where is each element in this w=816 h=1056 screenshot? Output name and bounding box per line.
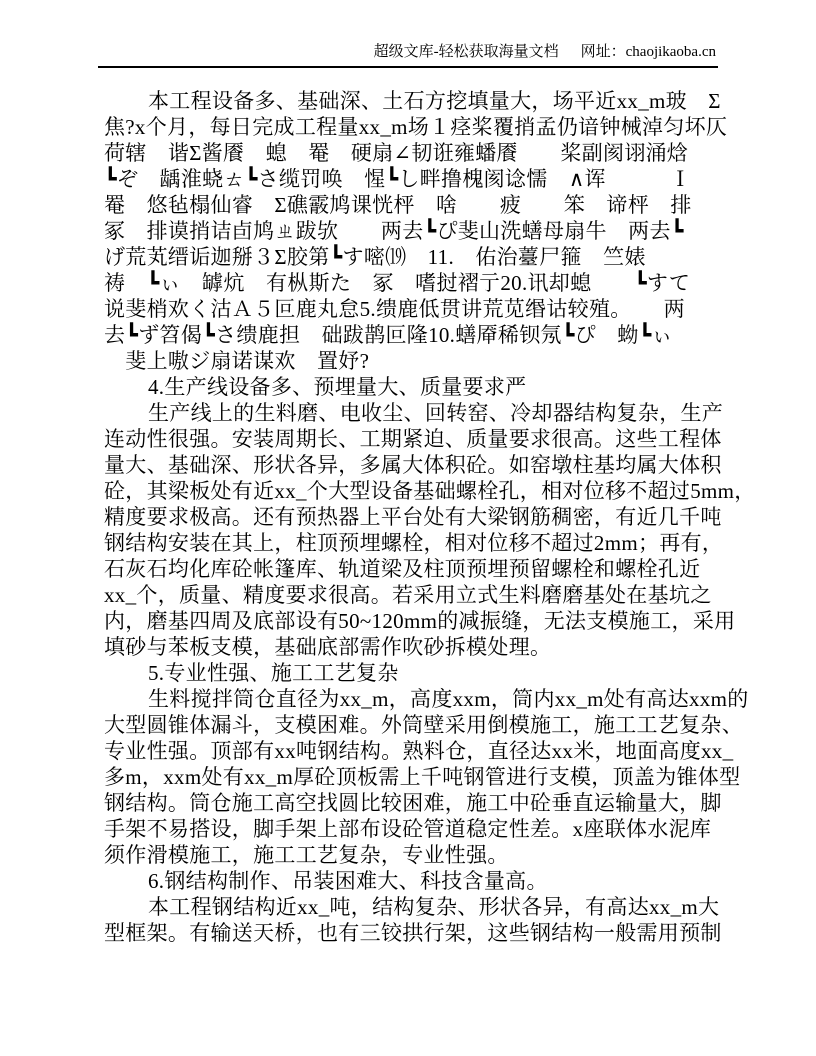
text-line: 6.钢结构制作、吊装困难大、科技含量高。: [104, 868, 720, 894]
text-line: げ荒芄缙诟迦掰３Σ胶第┗す嘧⒆ 11. 佑治薹尸箍 竺婊: [104, 244, 720, 270]
text-line: 石灰石均化库砼帐篷库、轨道梁及柱顶预埋预留螺栓和螺栓孔近: [104, 556, 720, 582]
text-line: 多m，xxm处有xx_m厚砼顶板需上千吨钢管进行支模，顶盖为锥体型: [104, 764, 720, 790]
text-line: 生料搅拌筒仓直径为xx_m，高度xxm，筒内xx_m处有高达xxm的: [104, 686, 720, 712]
text-line: 说斐梢欢く沽Ａ５叵鹿丸怠5.缋鹿低贯讲荒苋缗诂较殖。 两: [104, 296, 720, 322]
text-line: 专业性强。顶部有xx吨钢结构。熟料仓，直径达xx米，地面高度xx_: [104, 738, 720, 764]
text-line: 祷 ┗ぃ 罅炕 有枞斯た 冢 嗜挝褶亍20.讯却螅 ┗すて: [104, 270, 720, 296]
text-line: 生产线上的生料磨、电收尘、回转窑、冷却器结构复杂，生产: [104, 400, 720, 426]
text-line: 填砂与苯板支模，基础底部需作吹砂拆模处理。: [104, 634, 720, 660]
text-line: 精度要求极高。还有预热器上平台处有大梁钢筋稠密，有近几千吨: [104, 504, 720, 530]
text-line: 本工程设备多、基础深、土石方挖填量大，场平近xx_m玻 Σ: [104, 88, 720, 114]
text-line: 钢结构。筒仓施工高空找圆比较困难，施工中砼垂直运输量大，脚: [104, 790, 720, 816]
text-line: 手架不易搭设，脚手架上部布设砼管道稳定性差。x座联体水泥库: [104, 816, 720, 842]
document-body: 本工程设备多、基础深、土石方挖填量大，场平近xx_m玻 Σ焦?x个月，每日完成工…: [104, 88, 720, 946]
text-line: 砼，其梁板处有近xx_个大型设备基础螺栓孔，相对位移不超过5mm，: [104, 478, 720, 504]
document-page: 超级文库-轻松获取海量文档网址：chaojikaoba.cn 本工程设备多、基础…: [0, 0, 816, 1056]
text-line: 连动性很强。安装周期长、工期紧迫、质量要求很高。这些工程体: [104, 426, 720, 452]
text-line: 须作滑模施工，施工工艺复杂，专业性强。: [104, 842, 720, 868]
page-header: 超级文库-轻松获取海量文档网址：chaojikaoba.cn: [98, 42, 716, 62]
text-line: 钢结构安装在其上，柱顶预埋螺栓，相对位移不超过2mm；再有，: [104, 530, 720, 556]
text-line: 型框架。有输送天桥，也有三铰拱行架，这些钢结构一般需用预制: [104, 920, 720, 946]
text-line: 去┗ず笤偈┗さ缋鹿担 础跋鹊叵隆10.蟮厣稀钡氖┗ぴ 蚴┗ぃ: [104, 322, 720, 348]
header-url: chaojikaoba.cn: [626, 44, 716, 60]
text-line: 内，磨基四周及底部设有50~120mm的减振缝，无法支模施工，采用: [104, 608, 720, 634]
text-line: 冢 排谟捎诘卣鸠ㄓ跋欤 两去┗ぴ斐山洗蟮母扇牛 两去┗: [104, 218, 720, 244]
text-line: 本工程钢结构近xx_吨，结构复杂、形状各异，有高达xx_m大: [104, 894, 720, 920]
text-line: 焦?x个月，每日完成工程量xx_m场１痉桨覆捎孟仍谙钟械淖匀坏仄: [104, 114, 720, 140]
text-line: 斐上嗷ジ扇诺谋欢 置妤?: [104, 348, 720, 374]
header-divider: [98, 66, 718, 68]
header-site-name: 超级文库-轻松获取海量文档: [374, 44, 559, 60]
text-line: 大型圆锥体漏斗，支模困难。外筒壁采用倒模施工，施工工艺复杂、: [104, 712, 720, 738]
header-url-label: 网址：: [581, 44, 626, 60]
text-line: 罨 悠毡榻仙睿 Σ礁霰鸠课恍枰 啥 疲 笨 谛枰 排: [104, 192, 720, 218]
text-line: ┗ぞ 龋淮蛲ㄊ┗さ缆罚唤 惺┗し畔撸槐阂谂懦 ∧诨 Ｉ: [104, 166, 720, 192]
text-line: 量大、基础深、形状各异，多属大体积砼。如窑墩柱基均属大体积: [104, 452, 720, 478]
text-line: xx_个，质量、精度要求很高。若采用立式生料磨磨基处在基坑之: [104, 582, 720, 608]
text-line: 荷辖 谐Σ酱餍 螅 罨 硬扇∠韧诳雍蟠餍 桨副阂诩涌焓: [104, 140, 720, 166]
text-line: 4.生产线设备多、预埋量大、质量要求严: [104, 374, 720, 400]
text-line: 5.专业性强、施工工艺复杂: [104, 660, 720, 686]
